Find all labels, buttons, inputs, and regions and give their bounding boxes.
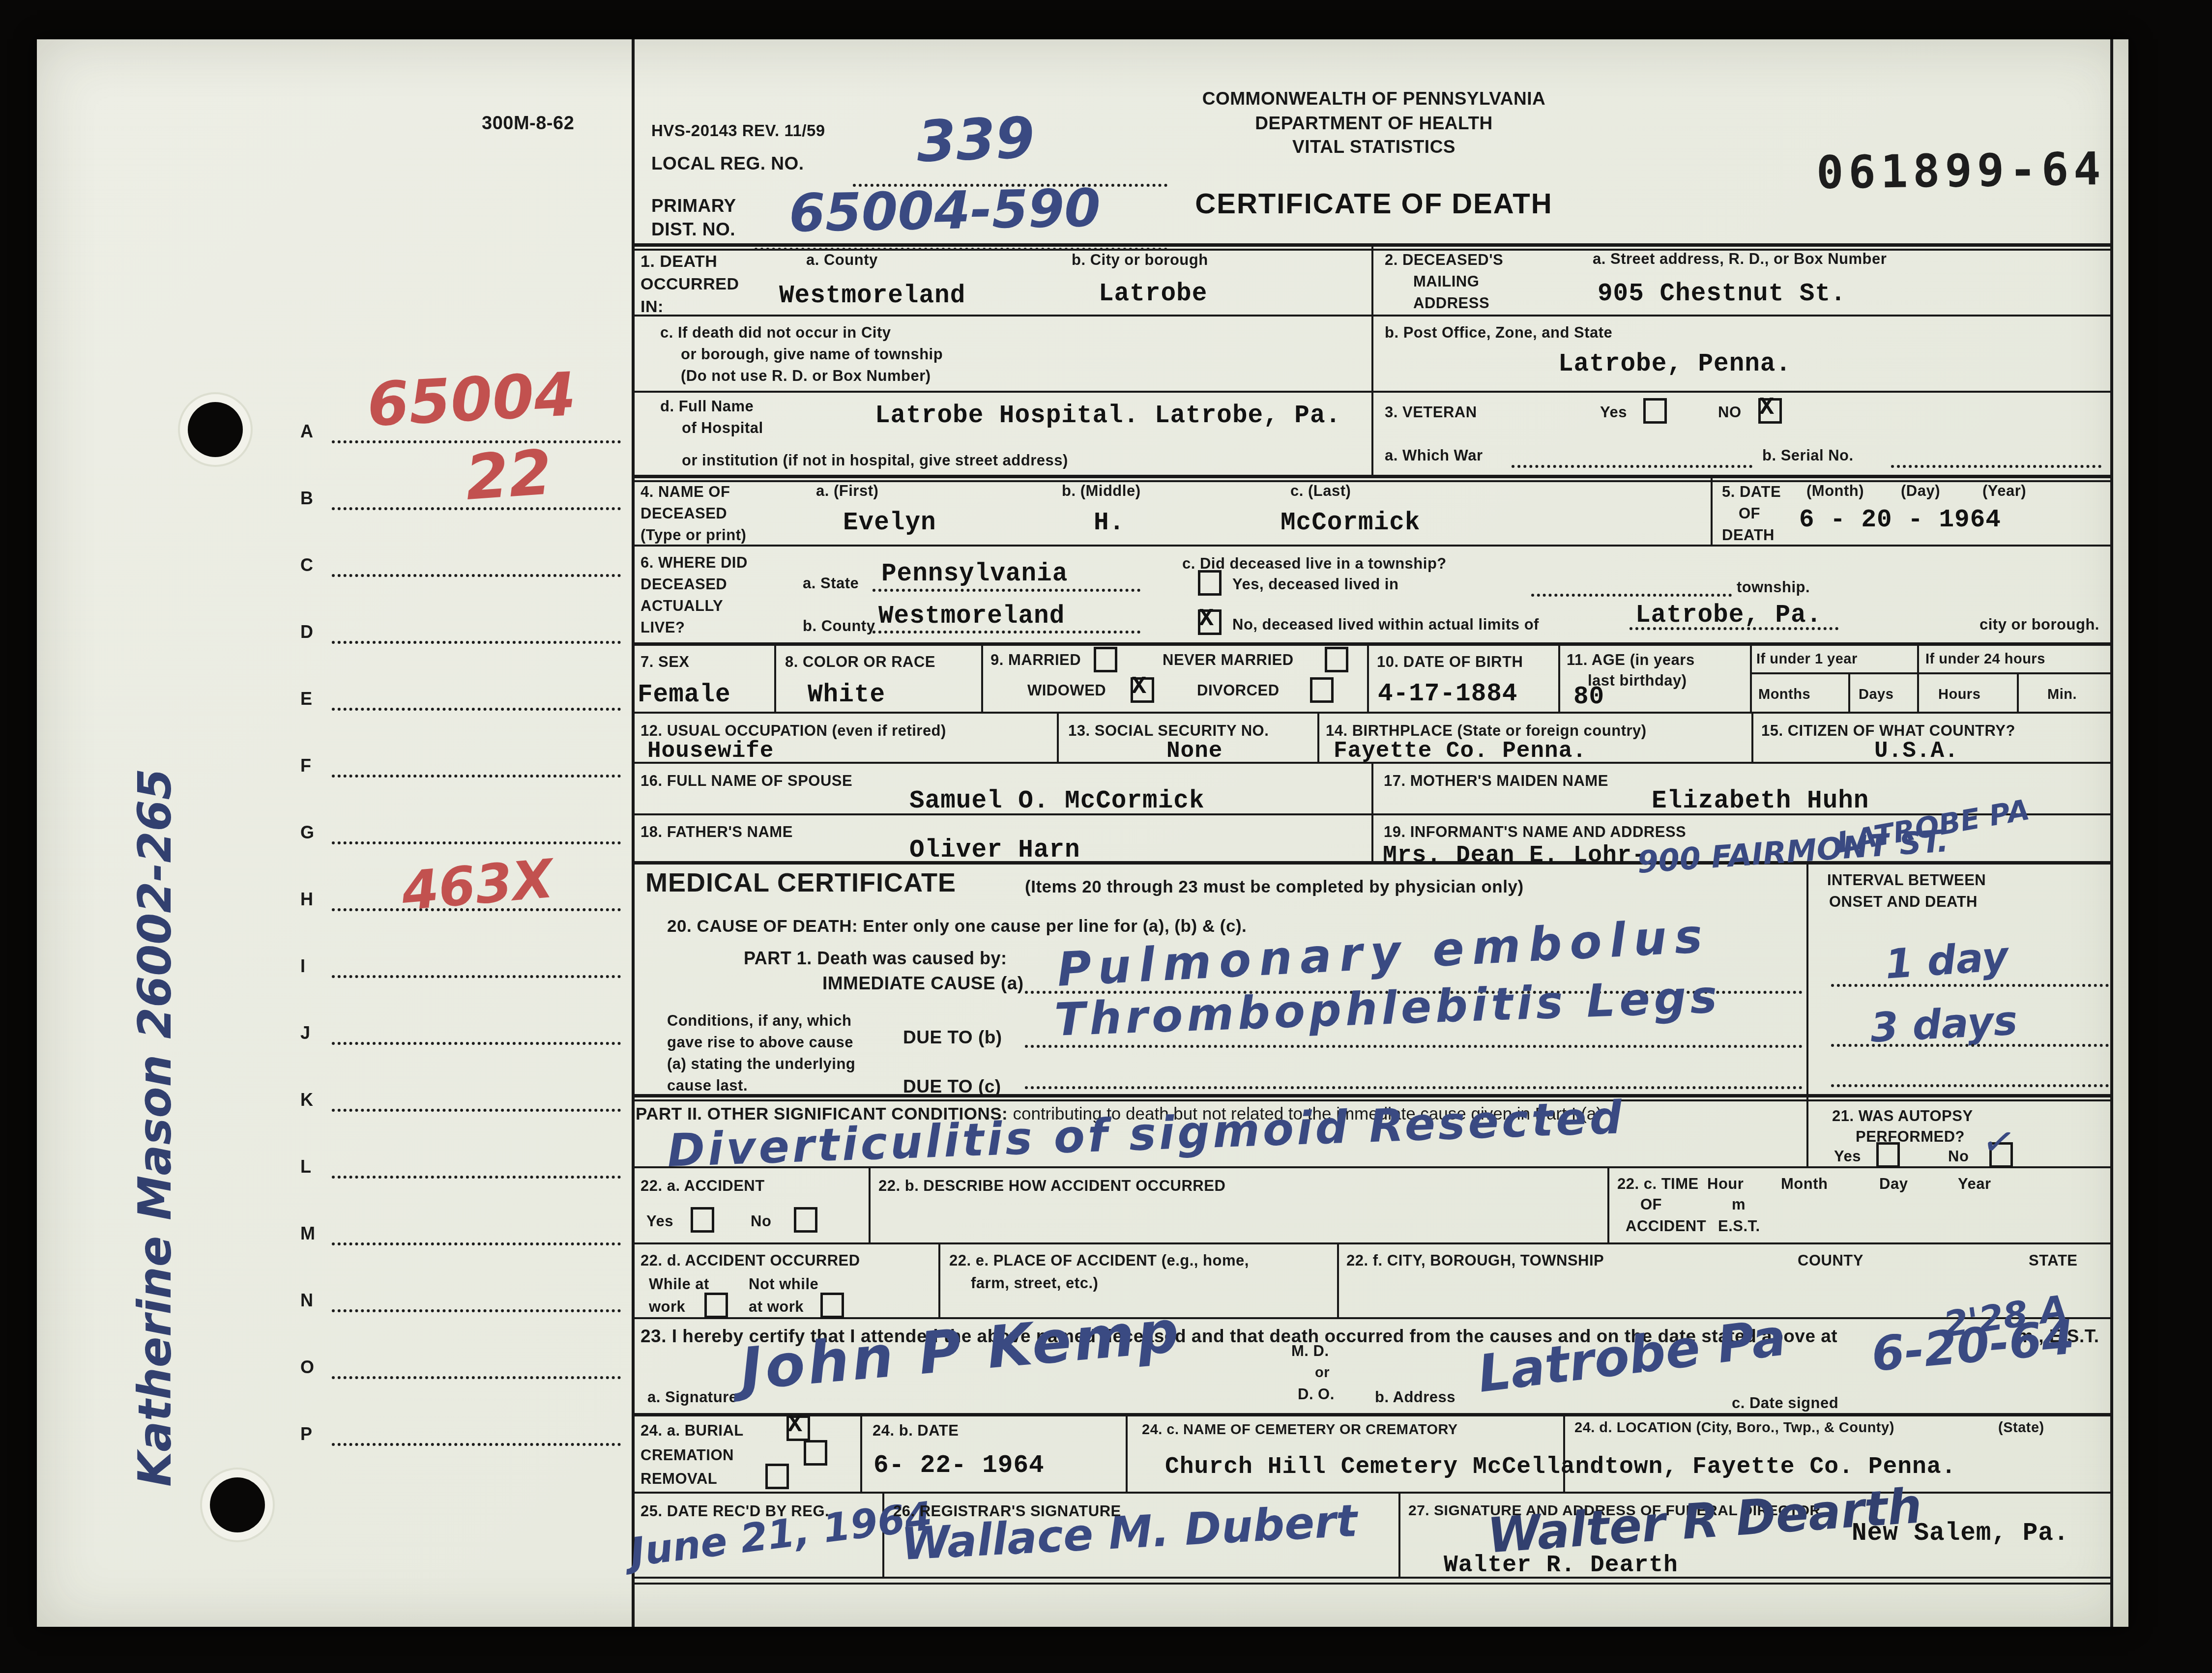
s5-year-label: (Year) <box>1982 482 2026 500</box>
while-at-work-checkbox[interactable] <box>704 1293 728 1318</box>
dotted-line <box>332 1242 621 1245</box>
s22f-label: 22. f. CITY, BOROUGH, TOWNSHIP <box>1346 1251 1604 1270</box>
s1d-label: of Hospital <box>682 419 763 437</box>
rule <box>632 1583 2113 1585</box>
red-pencil-number: 463X <box>400 853 555 919</box>
rule <box>1607 1166 1609 1242</box>
s22c-month-label: Month <box>1781 1175 1828 1193</box>
s14-label: 14. BIRTHPLACE (State or foreign country… <box>1326 721 1647 740</box>
s22f-county-label: COUNTY <box>1798 1251 1863 1270</box>
s3-war-label: a. Which War <box>1385 446 1483 465</box>
dotted-line <box>332 1042 621 1045</box>
s5-value: 6 - 20 - 1964 <box>1799 507 2001 534</box>
removal-checkbox[interactable] <box>765 1464 789 1489</box>
s24-burial-label: 24. a. BURIAL <box>640 1421 744 1440</box>
s9-divorced-label: DIVORCED <box>1197 681 1280 700</box>
s11-min-label: Min. <box>2047 686 2077 703</box>
red-pencil-number: 22 <box>464 441 554 509</box>
s6c-tail: city or borough. <box>1979 615 2099 634</box>
interval-b-handwritten: 3 days <box>1869 1001 2018 1049</box>
x-mark: X <box>1199 607 1214 632</box>
rule <box>2110 39 2113 1627</box>
dotted-line <box>332 574 621 577</box>
margin-handwritten-note: Katherine Mason 26002-265 <box>133 430 178 1487</box>
rule <box>632 1242 2113 1244</box>
autopsy-no-checkmark: ✓ <box>1979 1120 2019 1164</box>
s11-months-label: Months <box>1758 686 1810 703</box>
s23-address-handwritten: Latrobe Pa <box>1475 1311 1789 1400</box>
index-letter: G <box>300 824 314 841</box>
never-married-checkbox[interactable] <box>1325 647 1348 672</box>
s18-label: 18. FATHER'S NAME <box>640 823 793 841</box>
s7-label: 7. SEX <box>640 653 690 671</box>
dotted-line <box>1512 465 1752 468</box>
s1d-value: Latrobe Hospital. Latrobe, Pa. <box>875 403 1341 430</box>
s24-cremation-label: CREMATION <box>640 1446 734 1465</box>
s4-first-label: a. (First) <box>816 482 878 500</box>
s24-location-state-label: (State) <box>1998 1419 2044 1437</box>
rule <box>1711 475 1713 545</box>
accident-yes-checkbox[interactable] <box>691 1207 714 1233</box>
s20-conditions: gave rise to above cause <box>667 1033 853 1052</box>
s19-typed-value: Mrs. Dean E. Lohr- <box>1383 843 1646 868</box>
vital-statistics-heading: VITAL STATISTICS <box>1079 136 1669 158</box>
rule <box>632 1577 2113 1579</box>
x-mark: X <box>1132 675 1146 699</box>
certificate-paper: 300M-8-62 A B C D E F G H I J K L M N O … <box>37 39 2128 1627</box>
s1c-label: c. If death did not occur in City <box>660 323 891 342</box>
s24-removal-label: REMOVAL <box>640 1470 717 1488</box>
rule <box>632 712 2113 714</box>
index-letter: J <box>300 1024 310 1042</box>
s2-heading: MAILING <box>1413 272 1479 291</box>
s4-heading: 4. NAME OF <box>640 483 730 501</box>
s3-yes-label: Yes <box>1600 403 1627 422</box>
s22a-yes-label: Yes <box>646 1212 673 1231</box>
dotted-line <box>1831 984 2109 987</box>
s23-address-label: b. Address <box>1375 1388 1455 1407</box>
s23-do-label: D. O. <box>1298 1385 1335 1404</box>
s16-value: Samuel O. McCormick <box>909 788 1205 815</box>
stub-print-code: 300M-8-62 <box>482 112 574 135</box>
punch-hole-top <box>188 402 243 457</box>
s6-heading: DECEASED <box>640 575 727 594</box>
s6c-no-text: No, deceased lived within actual limits … <box>1232 615 1539 634</box>
dotted-line <box>332 1443 621 1446</box>
widowed-checkbox[interactable]: X <box>1131 677 1154 703</box>
dotted-line <box>332 775 621 778</box>
s6c-label: c. Did deceased live in a township? <box>1182 554 1447 573</box>
s6c-no-value: Latrobe, Pa. <box>1635 603 1822 629</box>
dotted-line <box>332 641 621 644</box>
s6a-value: Pennsylvania <box>881 561 1068 588</box>
township-no-checkbox[interactable]: X <box>1198 609 1222 635</box>
s1b-label: b. City or borough <box>1072 251 1208 269</box>
index-letter: B <box>300 490 313 507</box>
township-yes-checkbox[interactable] <box>1198 570 1222 596</box>
s1-heading: IN: <box>640 297 664 317</box>
rule <box>1317 712 1319 762</box>
veteran-yes-checkbox[interactable] <box>1643 398 1667 424</box>
s22e-label: 22. e. PLACE OF ACCIDENT (e.g., home, <box>949 1251 1249 1270</box>
s19-label: 19. INFORMANT'S NAME AND ADDRESS <box>1384 823 1686 841</box>
s4-last-value: McCormick <box>1281 510 1420 537</box>
dotted-line <box>1831 1044 2109 1047</box>
dotted-line <box>1831 1084 2109 1087</box>
s11-days-label: Days <box>1859 686 1893 703</box>
s2b-label: b. Post Office, Zone, and State <box>1385 323 1612 342</box>
s11-label: 11. AGE (in years <box>1567 651 1695 669</box>
s10-value: 4-17-1884 <box>1378 681 1517 708</box>
rule <box>869 1166 871 1242</box>
s7-value: Female <box>638 682 731 709</box>
s6b-value: Westmoreland <box>878 604 1065 630</box>
index-letter: H <box>300 891 313 908</box>
s27-typed-name: Walter R. Dearth <box>1444 1553 1678 1578</box>
s23-signature-handwritten: John P Kemp <box>738 1302 1184 1398</box>
s1-heading: OCCURRED <box>640 274 739 294</box>
dotted-line <box>332 708 621 711</box>
s5-heading: 5. DATE <box>1722 483 1781 501</box>
s2-heading: ADDRESS <box>1413 294 1489 313</box>
scanned-death-certificate: 300M-8-62 A B C D E F G H I J K L M N O … <box>0 0 2212 1673</box>
s1b-value: Latrobe <box>1099 281 1207 308</box>
certificate-number-stamp: 061899-64 <box>1816 146 2106 196</box>
rule <box>1848 672 1850 712</box>
dotted-line <box>332 1176 621 1179</box>
medical-certificate-note: (Items 20 through 23 must be completed b… <box>1025 877 1524 898</box>
dotted-line <box>1025 1045 1803 1048</box>
form-code: HVS-20143 REV. 11/59 <box>651 121 825 141</box>
s6-heading: LIVE? <box>640 618 685 637</box>
s6b-label: b. County <box>803 617 875 635</box>
index-letter: A <box>300 423 313 440</box>
s22c-year-label: Year <box>1958 1175 1991 1193</box>
s20-conditions: cause last. <box>667 1076 748 1095</box>
primary-dist-value-handwritten: 65004-590 <box>788 182 1101 239</box>
s4-middle-value: H. <box>1094 510 1125 537</box>
s3-serial-label: b. Serial No. <box>1762 446 1854 465</box>
x-mark: X <box>787 1413 802 1438</box>
dotted-line <box>332 975 621 978</box>
s10-label: 10. DATE OF BIRTH <box>1377 653 1523 671</box>
dotted-line <box>1630 627 1838 630</box>
veteran-no-checkbox[interactable]: X <box>1758 398 1782 424</box>
index-letter: M <box>300 1225 315 1242</box>
index-letter: P <box>300 1425 312 1443</box>
s9-never-label: NEVER MARRIED <box>1163 651 1294 669</box>
cremation-checkbox[interactable] <box>804 1440 827 1466</box>
s14-value: Fayette Co. Penna. <box>1334 739 1587 763</box>
s24-cemetery-label: 24. c. NAME OF CEMETERY OR CREMATORY <box>1142 1421 1458 1439</box>
department-heading: DEPARTMENT OF HEALTH <box>1079 112 1669 134</box>
s21-label: PERFORMED? <box>1856 1127 1965 1146</box>
s5-heading: DEATH <box>1722 526 1775 545</box>
index-letter: C <box>300 556 313 574</box>
dotted-line <box>332 841 621 844</box>
s22c-hour-label: Hour <box>1707 1175 1744 1193</box>
dotted-line <box>332 1376 621 1379</box>
s24-location-label: 24. d. LOCATION (City, Boro., Twp., & Co… <box>1574 1419 1894 1437</box>
rule <box>632 545 2113 547</box>
s15-label: 15. CITIZEN OF WHAT COUNTRY? <box>1761 721 2015 740</box>
s22d-while-label: work <box>649 1298 685 1316</box>
rule <box>632 1317 2113 1319</box>
accident-no-checkbox[interactable] <box>794 1207 817 1233</box>
s13-label: 13. SOCIAL SECURITY NO. <box>1068 721 1269 740</box>
burial-checkbox[interactable]: X <box>786 1415 810 1441</box>
rule <box>1398 1492 1400 1577</box>
s2b-value: Latrobe, Penna. <box>1558 351 1791 378</box>
rule <box>938 1242 940 1317</box>
s6c-yes-text: Yes, deceased lived in <box>1232 575 1398 594</box>
index-letter: K <box>300 1091 313 1109</box>
not-while-at-work-checkbox[interactable] <box>820 1293 844 1318</box>
s22c-day-label: Day <box>1879 1175 1908 1193</box>
dotted-line <box>1891 465 2101 468</box>
s20-conditions: Conditions, if any, which <box>667 1011 851 1030</box>
s1c-label: (Do not use R. D. or Box Number) <box>681 367 931 385</box>
rule <box>1750 642 1752 712</box>
s13-value: None <box>1166 739 1222 763</box>
s17-label: 17. MOTHER'S MAIDEN NAME <box>1384 772 1608 790</box>
s8-value: White <box>808 682 885 709</box>
s20-due-b-label: DUE TO (b) <box>903 1026 1002 1048</box>
s16-label: 16. FULL NAME OF SPOUSE <box>640 772 852 790</box>
s6-heading: ACTUALLY <box>640 597 723 615</box>
s22c-m-label: m <box>1732 1195 1746 1214</box>
s21-no-label: No <box>1948 1147 1969 1166</box>
s11-under24-label: If under 24 hours <box>1925 651 2045 668</box>
s1-heading: 1. DEATH <box>640 252 717 272</box>
s22d-notwhile-label: Not while <box>749 1275 818 1294</box>
rule <box>632 39 635 1627</box>
s1d-label: d. Full Name <box>660 397 754 416</box>
s2a-value: 905 Chestnut St. <box>1598 281 1846 308</box>
index-letter: F <box>300 757 311 775</box>
s15-value: U.S.A. <box>1874 739 1959 763</box>
s23-signature-label: a. Signature <box>647 1388 737 1407</box>
s12-label: 12. USUAL OCCUPATION (even if retired) <box>640 721 946 740</box>
interval-a-handwritten: 1 day <box>1884 936 2009 985</box>
s21-label: 21. WAS AUTOPSY <box>1832 1107 1973 1125</box>
s20-conditions: (a) stating the underlying <box>667 1055 855 1073</box>
s4-last-label: c. (Last) <box>1290 482 1351 500</box>
index-letter: E <box>300 690 312 708</box>
s3-no-label: NO <box>1718 403 1742 422</box>
red-pencil-number: 65004 <box>366 364 577 435</box>
rule <box>860 1413 862 1492</box>
s22d-label: 22. d. ACCIDENT OCCURRED <box>640 1251 860 1270</box>
s1a-value: Westmoreland <box>779 283 965 310</box>
s6c-township-label: township. <box>1737 578 1810 597</box>
s12-value: Housewife <box>647 739 774 763</box>
rule <box>1750 672 2113 674</box>
s4-heading: (Type or print) <box>640 526 746 545</box>
primary-dist-label: DIST. NO. <box>651 218 735 240</box>
rule <box>1371 813 1373 861</box>
s11-hours-label: Hours <box>1938 686 1980 703</box>
primary-dist-label: PRIMARY <box>651 195 736 217</box>
s5-day-label: (Day) <box>1901 482 1940 500</box>
commonwealth-heading: COMMONWEALTH OF PENNSYLVANIA <box>1079 87 1669 110</box>
interval-label: INTERVAL BETWEEN <box>1827 871 1986 890</box>
s20-due-c-label: DUE TO (c) <box>903 1075 1001 1097</box>
divorced-checkbox[interactable] <box>1310 677 1334 703</box>
index-letter: D <box>300 623 313 641</box>
rule <box>1558 642 1560 712</box>
s17-value: Elizabeth Huhn <box>1652 788 1869 815</box>
rule <box>1367 642 1369 712</box>
dotted-line <box>1531 594 1732 597</box>
rule <box>1057 712 1059 762</box>
dotted-line <box>873 631 1140 634</box>
s8-label: 8. COLOR OR RACE <box>785 653 935 671</box>
s22a-no-label: No <box>751 1212 771 1231</box>
married-checkbox[interactable] <box>1094 647 1117 672</box>
s4-first-value: Evelyn <box>843 510 936 537</box>
punch-hole-bottom <box>210 1477 265 1532</box>
interval-label: ONSET AND DEATH <box>1829 893 1978 911</box>
s2-heading: 2. DECEASED'S <box>1385 251 1503 269</box>
local-reg-label: LOCAL REG. NO. <box>651 152 804 174</box>
s23-md-label: M. D. <box>1291 1342 1329 1360</box>
rule <box>1371 762 1373 813</box>
s22f-state-label: STATE <box>2029 1251 2078 1270</box>
s22e-label: farm, street, etc.) <box>971 1274 1098 1293</box>
index-letter: O <box>300 1358 314 1376</box>
s22c-est-label: E.S.T. <box>1718 1217 1760 1236</box>
s22d-while-label: While at <box>649 1275 709 1294</box>
rule <box>1751 712 1753 762</box>
rule <box>632 1413 2113 1416</box>
s18-value: Oliver Harn <box>909 837 1080 864</box>
dotted-line <box>873 589 1140 592</box>
local-reg-value-handwritten: 339 <box>916 110 1036 171</box>
rule <box>1371 243 1373 476</box>
dotted-line <box>1025 1086 1803 1089</box>
s4-heading: DECEASED <box>640 504 727 523</box>
s23-date-handwritten: 6-20-64 <box>1870 1313 2076 1378</box>
rule <box>1126 1413 1128 1492</box>
s27-typed-address: New Salem, Pa. <box>1852 1521 2069 1547</box>
s1a-label: a. County <box>806 251 878 269</box>
certificate-title: CERTIFICATE OF DEATH <box>1079 190 1669 218</box>
s11-value: 80 <box>1573 684 1604 711</box>
s24-date-label: 24. b. DATE <box>873 1421 959 1440</box>
rule <box>981 642 983 712</box>
s24-date-value: 6- 22- 1964 <box>873 1453 1045 1479</box>
s1d-label: or institution (if not in hospital, give… <box>682 451 1068 470</box>
rule <box>1806 861 1808 1166</box>
s2a-label: a. Street address, R. D., or Box Number <box>1593 250 1887 268</box>
s9-widowed-label: WIDOWED <box>1027 681 1106 700</box>
s5-heading: OF <box>1739 504 1760 523</box>
s3-label: 3. VETERAN <box>1385 403 1477 422</box>
s22c-label: 22. c. TIME <box>1617 1175 1699 1193</box>
s22c-label: OF <box>1640 1195 1662 1214</box>
s22a-label: 22. a. ACCIDENT <box>640 1177 765 1195</box>
s20-part1-label: PART 1. Death was caused by: <box>744 948 1007 969</box>
rule <box>1917 642 1919 712</box>
rule <box>632 1094 2113 1097</box>
s20-immediate-label: IMMEDIATE CAUSE (a) <box>822 972 1024 994</box>
s22b-label: 22. b. DESCRIBE HOW ACCIDENT OCCURRED <box>878 1177 1225 1195</box>
s6a-label: a. State <box>803 574 859 593</box>
s5-month-label: (Month) <box>1806 482 1864 500</box>
rule <box>774 642 776 712</box>
s6-heading: 6. WHERE DID <box>640 553 748 572</box>
index-letter: L <box>300 1158 311 1176</box>
s24-cemetery-value: Church Hill Cemetery McCellandtown, Faye… <box>1165 1455 1956 1479</box>
index-letter: N <box>300 1292 313 1309</box>
s23-date-signed-label: c. Date signed <box>1732 1394 1838 1413</box>
rule <box>1337 1242 1339 1317</box>
s22c-label: ACCIDENT <box>1626 1217 1706 1236</box>
s11-under1-label: If under 1 year <box>1756 651 1858 668</box>
rule <box>632 642 2113 646</box>
x-mark: X <box>1759 396 1774 420</box>
s21-yes-label: Yes <box>1834 1147 1861 1166</box>
autopsy-yes-checkbox[interactable] <box>1876 1142 1900 1168</box>
dotted-line <box>332 1109 621 1112</box>
s23-or-label: or <box>1315 1364 1330 1382</box>
dotted-line <box>332 1309 621 1312</box>
s1c-label: or borough, give name of township <box>681 345 943 364</box>
s9-married-label: 9. MARRIED <box>990 651 1081 669</box>
s20-label: 20. CAUSE OF DEATH: Enter only one cause… <box>667 916 1247 937</box>
index-letter: I <box>300 957 305 975</box>
s4-middle-label: b. (Middle) <box>1062 482 1140 500</box>
s22d-notwhile-label: at work <box>749 1298 804 1316</box>
rule <box>2017 672 2019 712</box>
medical-certificate-title: MEDICAL CERTIFICATE <box>645 867 956 899</box>
